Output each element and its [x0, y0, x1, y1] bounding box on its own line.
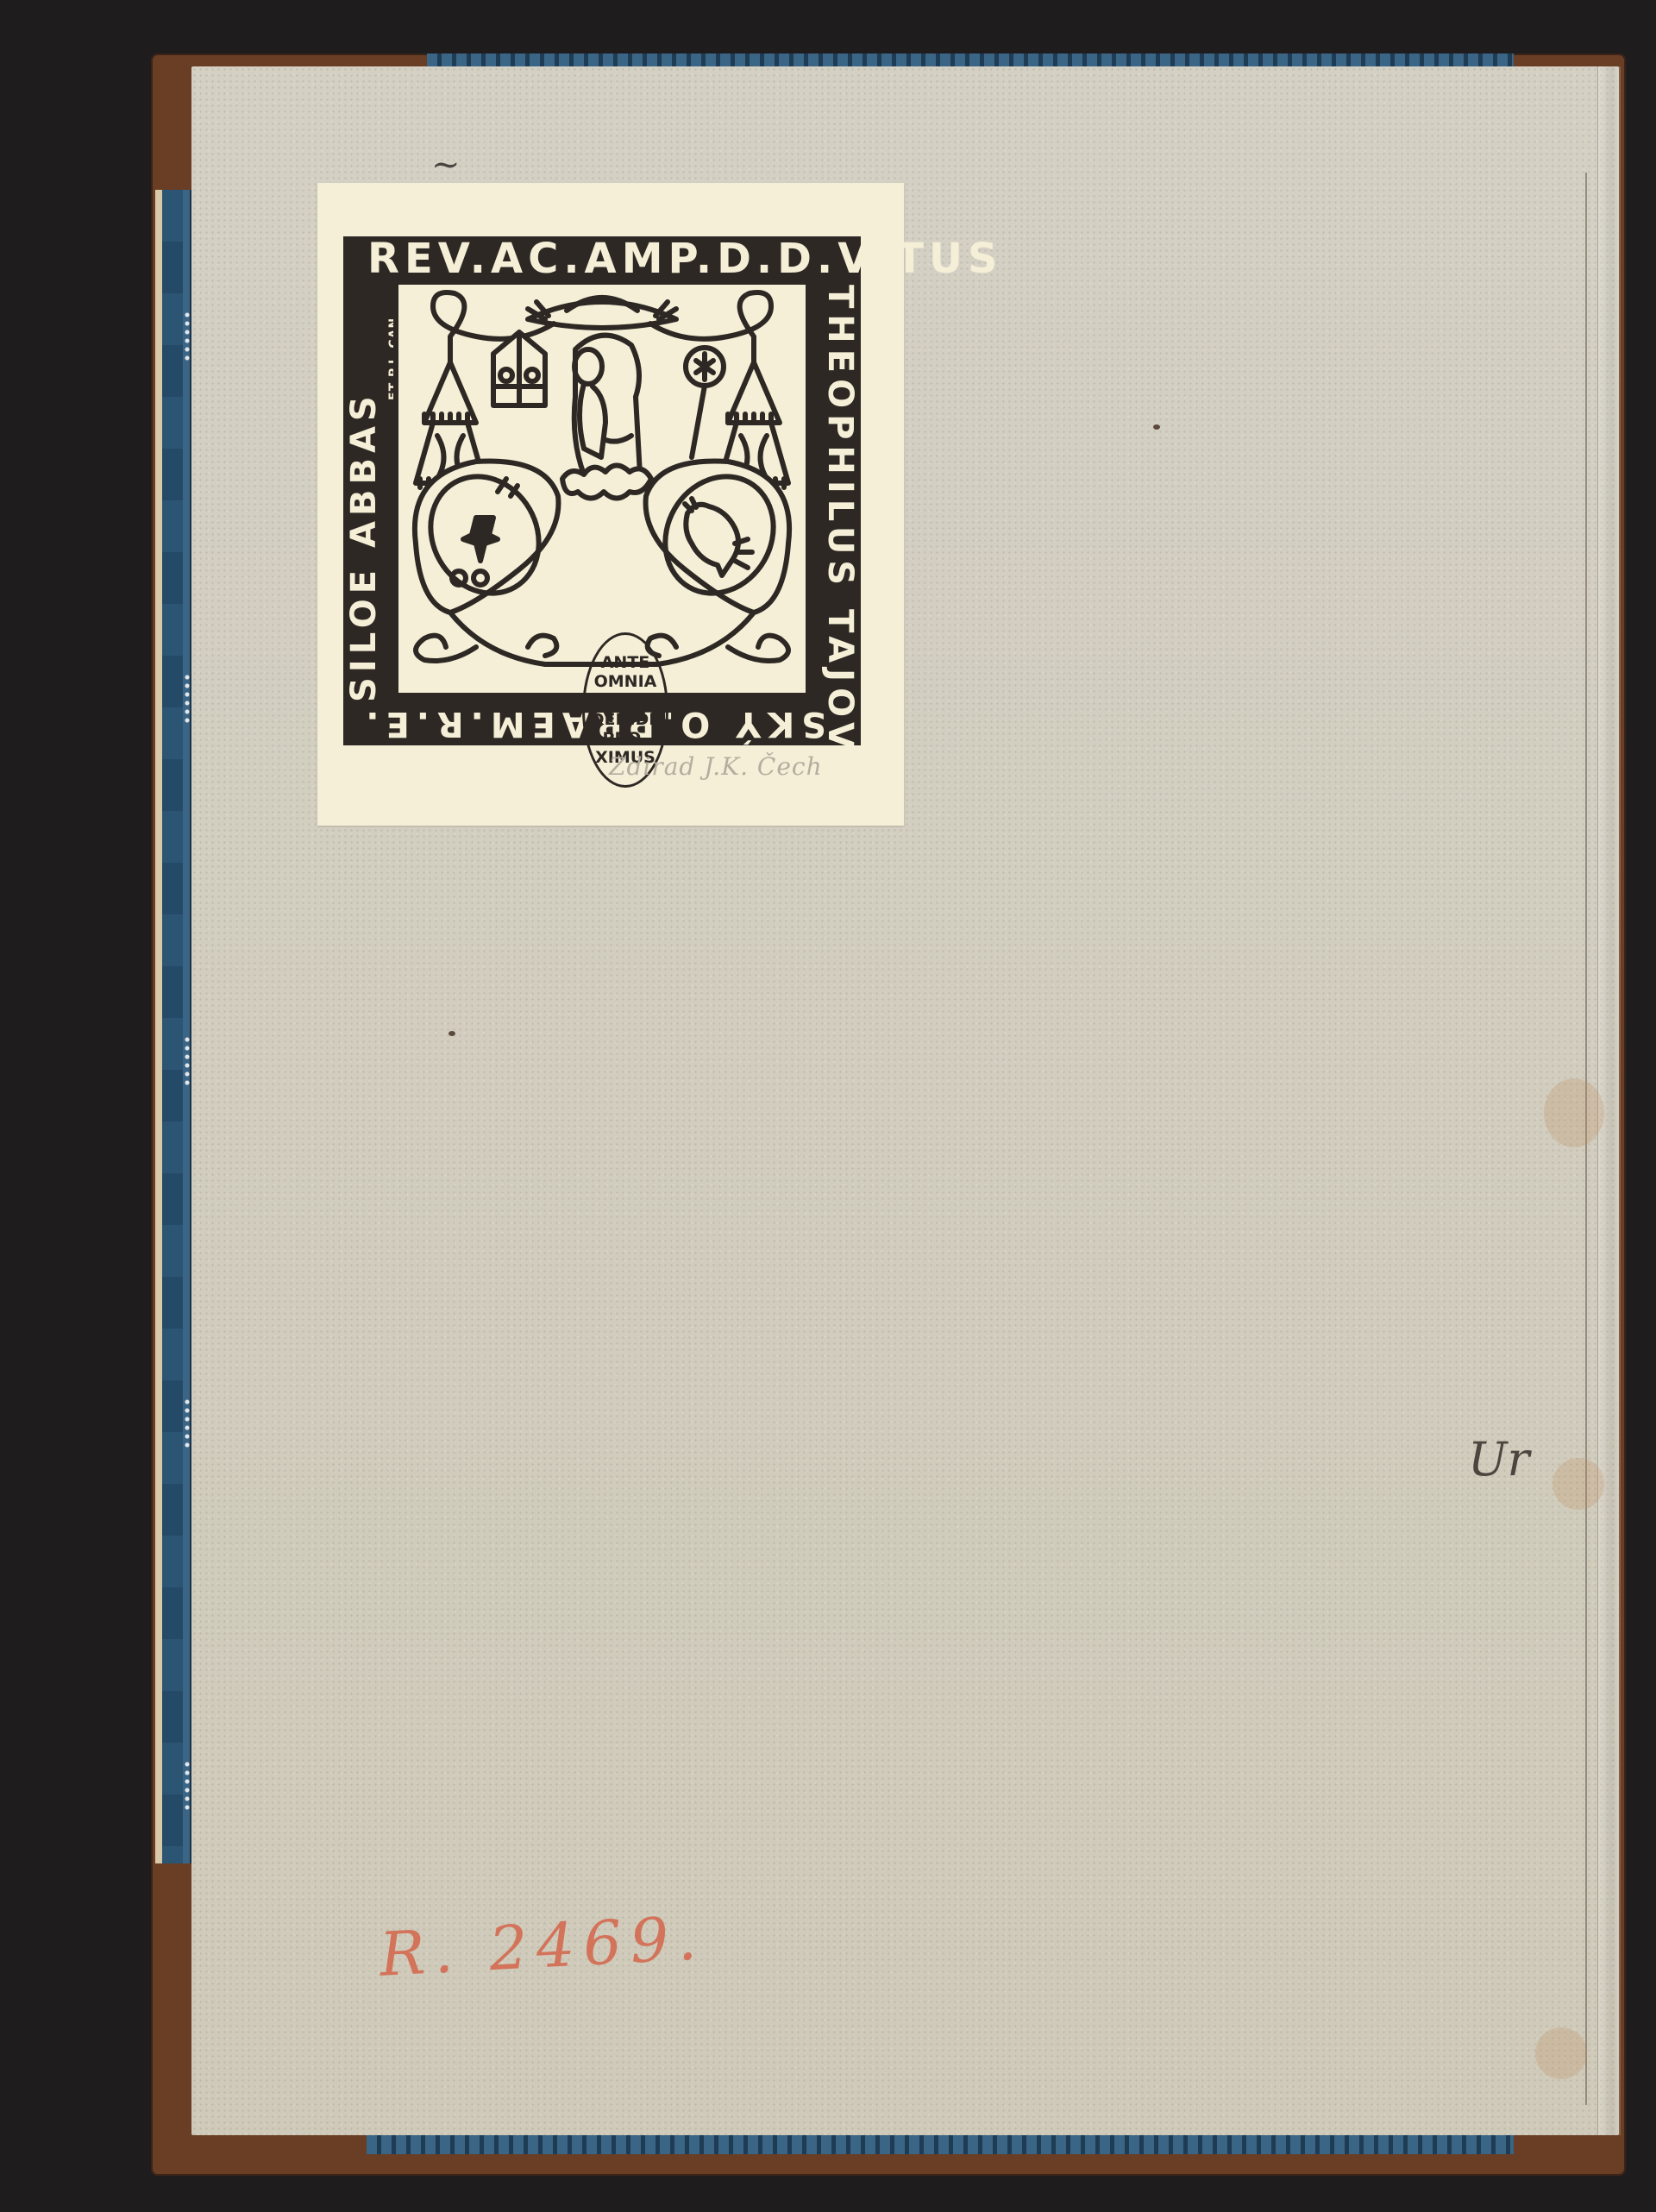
ink-speck: [1153, 424, 1160, 430]
eagle-coat-of-arms-icon: [410, 456, 560, 613]
mitre-icon: [493, 332, 545, 405]
illustration-art: [398, 285, 806, 693]
dot-pattern-icon: [185, 1398, 190, 1449]
border-text-top: REV.AC.AMP.D.D.VITUS: [367, 236, 1003, 281]
motto-line: ANTE: [601, 653, 650, 672]
foxing-stain: [1535, 2027, 1587, 2079]
border-text-left: SILOE ABBAS: [343, 391, 385, 702]
motto-line: DEUS: [600, 691, 650, 710]
dot-pattern-icon: [185, 1760, 190, 1812]
cloud-icon: [562, 466, 651, 499]
foxing-stain: [1544, 1078, 1604, 1147]
border-text-right: THEOPHILUS TAJOV: [819, 285, 861, 755]
motto-line: PRO-: [603, 729, 649, 748]
pencil-mark-top: ~: [431, 145, 461, 185]
crosier-icon: [686, 348, 724, 457]
motto-line: DEINDE: [591, 710, 660, 729]
bookplate-illustration: ANTE OMNIA DEUS DEINDE PRO- XIMUS: [393, 280, 811, 698]
bookplate: REV.AC.AMP.D.D.VITUS THEOPHILUS TAJOV SK…: [317, 183, 904, 826]
dot-pattern-icon: [185, 311, 190, 362]
artist-signature: Zdirad J.K. Čech: [609, 752, 823, 781]
dot-pattern-icon: [185, 673, 190, 725]
motto-line: OMNIA: [594, 672, 657, 691]
cover-paper-strip-bottom: [367, 2135, 1514, 2154]
pencil-mark-right: Ur: [1468, 1432, 1529, 1486]
dot-pattern-icon: [185, 1035, 190, 1087]
ink-speck: [448, 1031, 455, 1036]
foxing-stain: [1552, 1458, 1604, 1510]
rooster-coat-of-arms-icon: [644, 456, 794, 613]
madonna-and-child-icon: [574, 336, 640, 474]
bookplate-border-frame: REV.AC.AMP.D.D.VITUS THEOPHILUS TAJOV SK…: [343, 236, 861, 745]
